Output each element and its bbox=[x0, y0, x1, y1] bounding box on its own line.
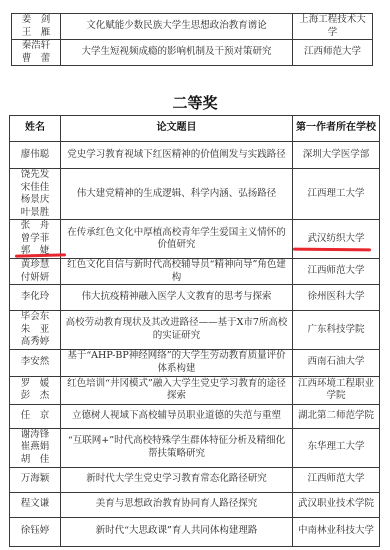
school-name: 武汉职业技术学院 bbox=[293, 492, 380, 517]
column-header-school: 第一作者所在学校 bbox=[293, 116, 380, 142]
table-row: 黄珍慧 付妍妍 红色文化自信与新时代高校辅导员“精神向导”角色建构 江西师范大学 bbox=[10, 259, 380, 285]
school-name: 江西理工大学 bbox=[293, 169, 380, 220]
table-row: 李化玲 伟大抗疫精神融入医学人文教育的思考与探索 徐州医科大学 bbox=[10, 285, 380, 311]
paper-title: 伟大抗疫精神融入医学人文教育的思考与探索 bbox=[61, 285, 293, 311]
author-names: 秦浩轩 曹 蕾 bbox=[12, 40, 61, 66]
paper-title: 红色文化自信与新时代高校辅导员“精神向导”角色建构 bbox=[61, 259, 293, 285]
school-name: 江西师范大学 bbox=[293, 40, 373, 66]
author-names: 李化玲 bbox=[10, 285, 61, 311]
award-table-continued: 姜 剑 王 雁 文化赋能少数民族大学生思想政治教育谫论 上海工程技术大学 秦浩轩… bbox=[11, 13, 373, 66]
author-names: 谢涛锋 崔燕娟 胡 佳 bbox=[10, 428, 61, 467]
second-prize-table: 姓名 论文题目 第一作者所在学校 廖伟聪 党史学习教育视域下红医精神的价值阐发与… bbox=[9, 115, 380, 547]
author-names: 程文谦 bbox=[10, 492, 61, 517]
paper-title: 在传承红色文化中厚植高校青年学生爱国主义情怀的价值研究 bbox=[61, 220, 293, 259]
author-names: 罗 媛 彭 杰 bbox=[10, 376, 61, 404]
table-row: 饶先发 宋佳佳 杨景庆 叶景胜 伟大建党精神的生成逻辑、科学内涵、弘扬路径 江西… bbox=[10, 169, 380, 220]
table-row: 程文谦 美育与思想政治教育协同育人路径探究 武汉职业技术学院 bbox=[10, 492, 380, 517]
school-name: 上海工程技术大学 bbox=[293, 14, 373, 40]
paper-title: 大学生短视频成瘾的影响机制及干预对策研究 bbox=[61, 40, 293, 66]
school-name: 徐州医科大学 bbox=[293, 285, 380, 311]
author-names: 任 京 bbox=[10, 404, 61, 428]
column-header-name: 姓名 bbox=[10, 116, 61, 142]
school-name: 江西师范大学 bbox=[293, 259, 380, 285]
paper-title: 党史学习教育视域下红医精神的价值阐发与实践路径 bbox=[61, 142, 293, 169]
table-row: 秦浩轩 曹 蕾 大学生短视频成瘾的影响机制及干预对策研究 江西师范大学 bbox=[12, 40, 373, 66]
school-name: 武汉纺织大学 bbox=[293, 220, 380, 259]
school-name: 西南石油大学 bbox=[293, 349, 380, 376]
school-name: 江西师范大学 bbox=[293, 467, 380, 492]
paper-title: 文化赋能少数民族大学生思想政治教育谫论 bbox=[61, 14, 293, 40]
paper-title: 新时代“大思政课”育人共同体构建理路 bbox=[61, 517, 293, 546]
author-names: 姜 剑 王 雁 bbox=[12, 14, 61, 40]
table-row: 廖伟聪 党史学习教育视域下红医精神的价值阐发与实践路径 深圳大学医学部 bbox=[10, 142, 380, 169]
school-name: 中南林业科技大学 bbox=[293, 517, 380, 546]
paper-title: 新时代大学生党史学习教育常态化路径研究 bbox=[61, 467, 293, 492]
table-row: 姜 剑 王 雁 文化赋能少数民族大学生思想政治教育谫论 上海工程技术大学 bbox=[12, 14, 373, 40]
author-names: 徐钰婷 bbox=[10, 517, 61, 546]
author-names: 毕会东 朱 亚 高秀婷 bbox=[10, 311, 61, 350]
author-names: 黄珍慧 付妍妍 bbox=[10, 259, 61, 285]
table-row: 徐钰婷 新时代“大思政课”育人共同体构建理路 中南林业科技大学 bbox=[10, 517, 380, 546]
paper-title: 基于“AHP-BP神经网络”的大学生劳动教育质量评价体系构建 bbox=[61, 349, 293, 376]
school-name: 广东科技学院 bbox=[293, 311, 380, 350]
author-names: 张 舟 曾学菲 郭 婕 bbox=[10, 220, 61, 259]
paper-title: “互联网+”时代高校特殊学生群体特征分析及精细化帮扶策略研究 bbox=[61, 428, 293, 467]
table-row: 谢涛锋 崔燕娟 胡 佳 “互联网+”时代高校特殊学生群体特征分析及精细化帮扶策略… bbox=[10, 428, 380, 467]
author-names: 廖伟聪 bbox=[10, 142, 61, 169]
author-names: 李安然 bbox=[10, 349, 61, 376]
table-row: 罗 媛 彭 杰 红色培训“井冈模式”融入大学生党史学习教育的途径探索 江西环境工… bbox=[10, 376, 380, 404]
paper-title: 红色培训“井冈模式”融入大学生党史学习教育的途径探索 bbox=[61, 376, 293, 404]
school-name: 湖北第二师范学院 bbox=[293, 404, 380, 428]
author-names: 万海颖 bbox=[10, 467, 61, 492]
school-name: 东华理工大学 bbox=[293, 428, 380, 467]
table-header-row: 姓名 论文题目 第一作者所在学校 bbox=[10, 116, 380, 142]
school-name: 江西环境工程职业学院 bbox=[293, 376, 380, 404]
paper-title: 高校劳动教育现状及其改进路径——基于X市7所高校的实证研究 bbox=[61, 311, 293, 350]
paper-title: 伟大建党精神的生成逻辑、科学内涵、弘扬路径 bbox=[61, 169, 293, 220]
column-header-title: 论文题目 bbox=[61, 116, 293, 142]
table-row: 任 京 立德树人视域下高校辅导员职业道德的失范与重塑 湖北第二师范学院 bbox=[10, 404, 380, 428]
paper-title: 美育与思想政治教育协同育人路径探究 bbox=[61, 492, 293, 517]
table-row: 万海颖 新时代大学生党史学习教育常态化路径研究 江西师范大学 bbox=[10, 467, 380, 492]
section-heading-second-prize: 二等奖 bbox=[0, 92, 390, 113]
author-names: 饶先发 宋佳佳 杨景庆 叶景胜 bbox=[10, 169, 61, 220]
paper-title: 立德树人视域下高校辅导员职业道德的失范与重塑 bbox=[61, 404, 293, 428]
table-row: 李安然 基于“AHP-BP神经网络”的大学生劳动教育质量评价体系构建 西南石油大… bbox=[10, 349, 380, 376]
school-name: 深圳大学医学部 bbox=[293, 142, 380, 169]
table-row: 毕会东 朱 亚 高秀婷 高校劳动教育现状及其改进路径——基于X市7所高校的实证研… bbox=[10, 311, 380, 350]
